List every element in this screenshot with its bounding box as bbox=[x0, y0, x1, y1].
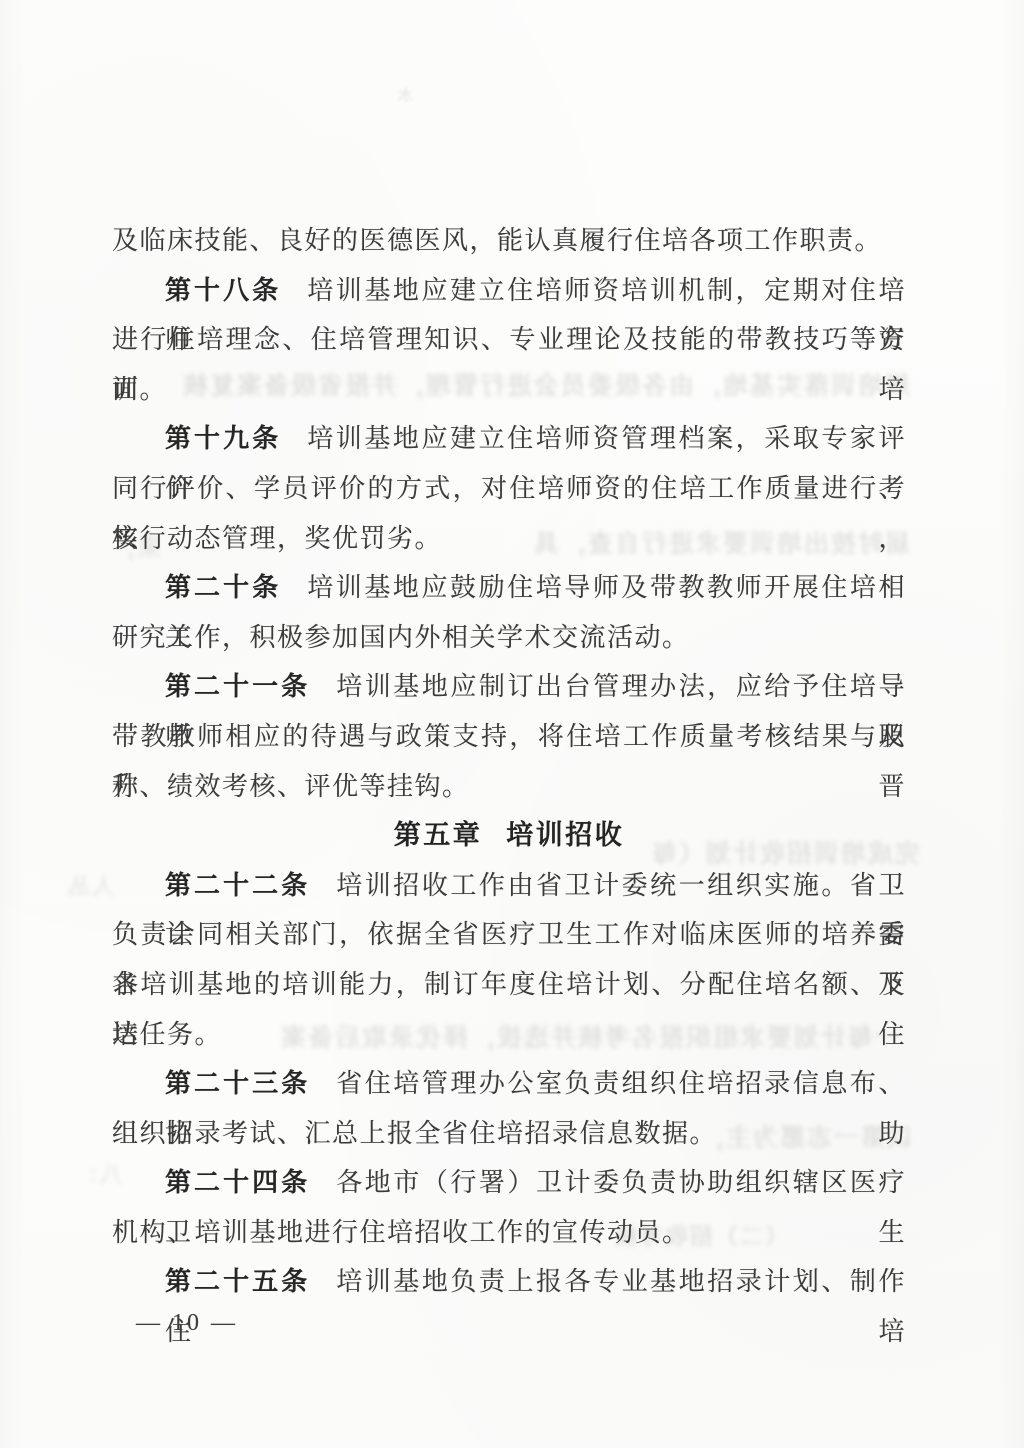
body-text-line: 负责会同相关部门，依据全省医疗卫生工作对临床医师的培养需求及 bbox=[112, 910, 906, 960]
body-text-line: 研究工作，积极参加国内外相关学术交流活动。 bbox=[112, 613, 906, 663]
article-paragraph-line: 第二十三条省住培管理办公室负责组织住培招录信息布、协助 bbox=[112, 1059, 906, 1109]
article-number: 第十九条 bbox=[165, 423, 281, 453]
page-number-footer: — 10 — bbox=[136, 1310, 238, 1337]
document-text-block: 及临床技能、良好的医德医风，能认真履行住培各项工作职责。 第十八条培训基地应建立… bbox=[112, 216, 906, 1307]
scan-smudge-artifact: 水 bbox=[396, 84, 413, 105]
article-number: 第二十三条 bbox=[165, 1068, 310, 1098]
chapter-number: 第五章 bbox=[394, 820, 483, 850]
article-paragraph-line: 第十九条培训基地应建立住培师资管理档案，采取专家评价、 bbox=[112, 414, 906, 464]
article-number: 第二十条 bbox=[165, 572, 281, 602]
article-paragraph-line: 第二十五条培训基地负责上报各专业基地招录计划、制作住培 bbox=[112, 1257, 906, 1307]
article-paragraph-line: 第二十条培训基地应鼓励住培导师及带教教师开展住培相关 bbox=[112, 563, 906, 613]
article-paragraph-line: 第二十二条培训招收工作由省卫计委统一组织实施。省卫计委 bbox=[112, 861, 906, 911]
article-number: 第二十五条 bbox=[165, 1266, 310, 1296]
body-text-line: 及临床技能、良好的医德医风，能认真履行住培各项工作职责。 bbox=[112, 216, 906, 266]
ink-bleedthrough-artifact: 人丛 bbox=[66, 870, 114, 901]
article-number: 第二十二条 bbox=[165, 870, 310, 900]
body-text-line: 各培训基地的培训能力，制订年度住培计划、分配住培名额、下达住 bbox=[112, 960, 906, 1010]
body-text-line: 同行评价、学员评价的方式，对住培师资的住培工作质量进行考核， bbox=[112, 464, 906, 514]
article-number: 第十八条 bbox=[165, 275, 281, 305]
article-paragraph-line: 第二十四条各地市（行署）卫计委负责协助组织辖区医疗卫生 bbox=[112, 1158, 906, 1208]
chapter-title: 培训招收 bbox=[506, 820, 624, 850]
scanned-document-page: 水 规培训落实基地，由各级委员会进行管理，并报省级备案复核 果， 届时按出培训要… bbox=[0, 0, 1024, 1448]
body-text-line: 带教教师相应的待遇与政策支持，将住培工作质量考核结果与职称晋 bbox=[112, 712, 906, 762]
article-paragraph-line: 第十八条培训基地应建立住培师资培训机制，定期对住培师资 bbox=[112, 266, 906, 316]
article-paragraph-line: 第二十一条培训基地应制订出台管理办法，应给予住培导师及 bbox=[112, 662, 906, 712]
article-number: 第二十四条 bbox=[165, 1167, 310, 1197]
body-text-line: 进行住培理念、住培管理知识、专业理论及技能的带教技巧等方面培 bbox=[112, 315, 906, 365]
article-number: 第二十一条 bbox=[165, 671, 310, 701]
chapter-heading: 第五章培训招收 bbox=[112, 811, 906, 861]
